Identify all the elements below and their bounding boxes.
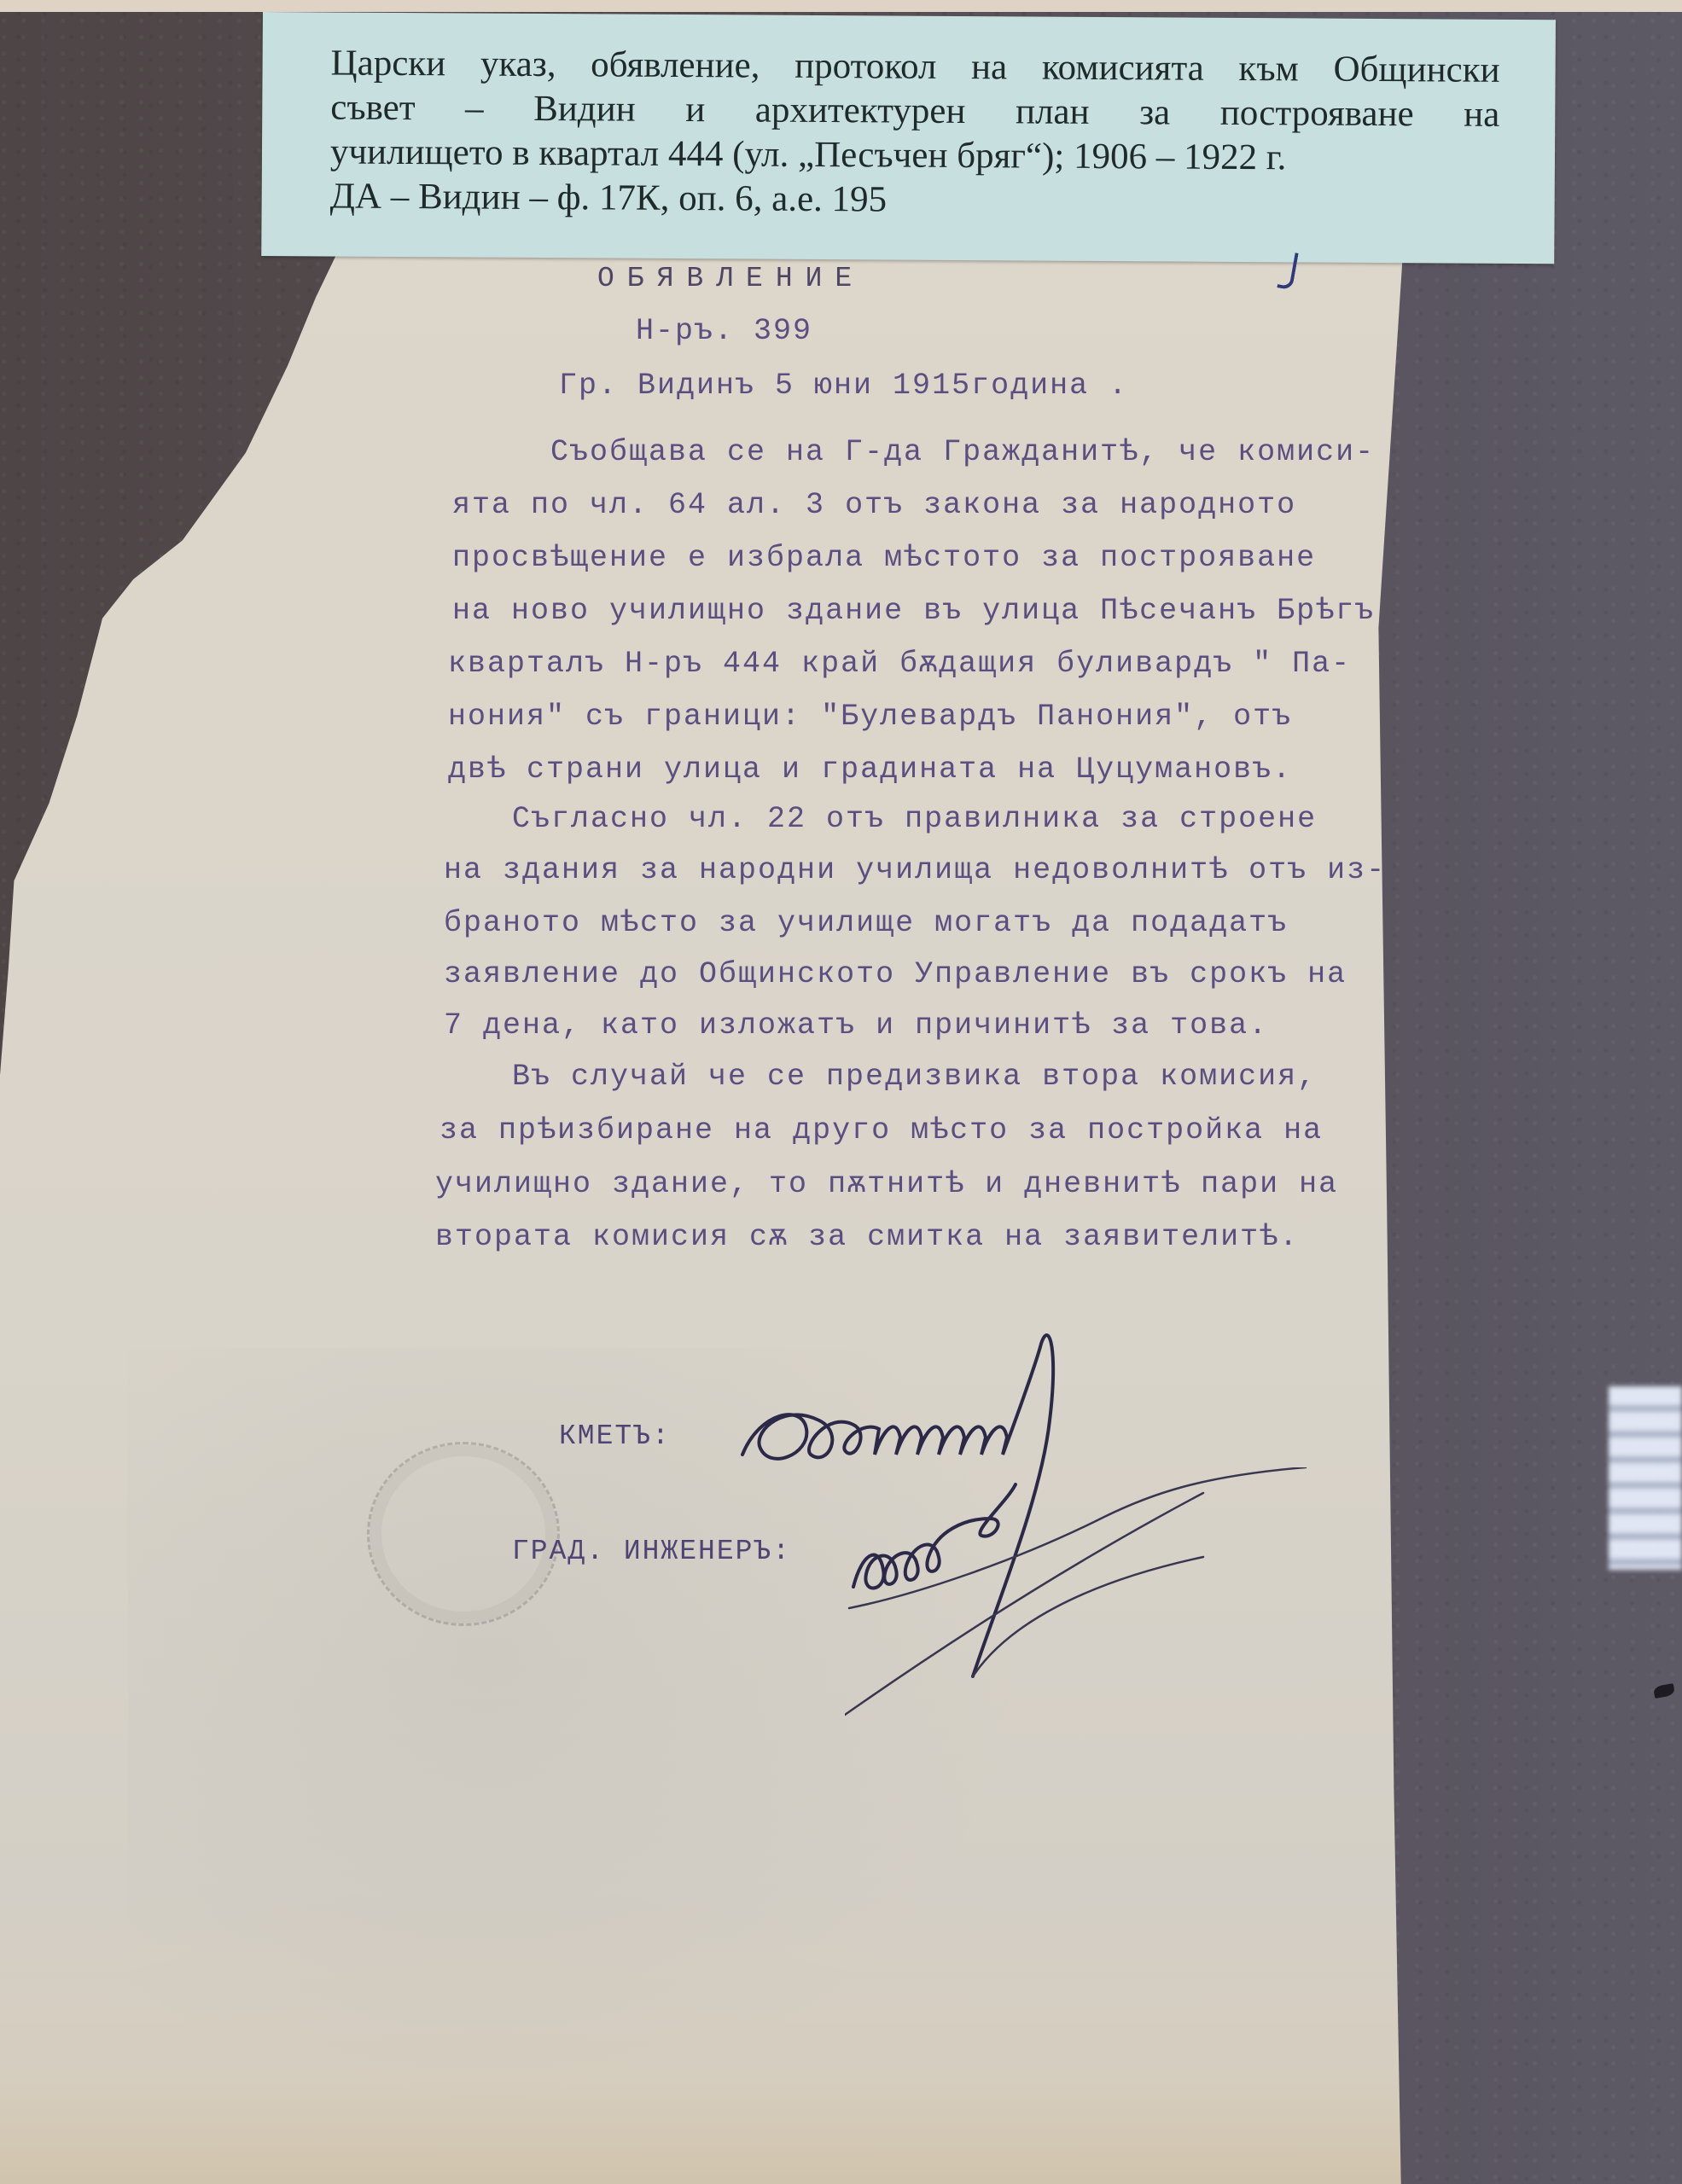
- exhibit-label-card: Царски указ, обявление, протокол на коми…: [261, 12, 1556, 264]
- body-line: на здания за народни училища недоволнитѣ…: [444, 853, 1386, 887]
- body-line: училищно здание, то пѫтнитѣ и дневнитѣ п…: [435, 1167, 1338, 1201]
- body-line: втората комисия сѫ за смитка на заявител…: [435, 1220, 1299, 1254]
- body-line: браното мѣсто за училище могатъ да подад…: [444, 906, 1288, 940]
- window-reflection-glare: [1609, 1386, 1682, 1570]
- paper-stain: [0, 2082, 1404, 2184]
- body-line: просвѣщение е избрала мѣстото за построя…: [452, 541, 1316, 575]
- document-heading: ОБЯВЛЕНИЕ: [597, 263, 864, 294]
- pin-icon: [1653, 1683, 1675, 1699]
- body-line: ята по чл. 64 ал. 3 отъ закона за народн…: [452, 488, 1296, 522]
- document-sheet: [0, 239, 1404, 2184]
- label-line: ДА – Видин – ф. 17К, оп. 6, а.е. 195: [330, 174, 1499, 225]
- body-line: заявление до Общинското Управление въ ср…: [444, 957, 1347, 991]
- body-line: на ново училищно здание въ улица Пѣсечан…: [452, 594, 1375, 628]
- body-line: кварталъ Н-ръ 444 край бѫдащия буливардъ…: [448, 647, 1351, 681]
- body-line: Съобщава се на Г-да Гражданитѣ, че комис…: [550, 435, 1375, 469]
- label-line: Царски указ, обявление, протокол на коми…: [330, 41, 1499, 92]
- body-line: Въ случай че се предизвика втора комисия…: [512, 1060, 1317, 1094]
- engineer-signature-icon: [845, 1467, 1323, 1723]
- faded-seal-stamp: [367, 1442, 560, 1626]
- label-line: съвет – Видин и архитектурен план за пос…: [330, 85, 1499, 136]
- body-line: двѣ страни улица и градината на Цуцумано…: [448, 752, 1292, 787]
- body-line: нония" съ граници: "Булевардъ Панония", …: [448, 700, 1292, 734]
- exhibit-label-text: Царски указ, обявление, протокол на коми…: [330, 41, 1500, 225]
- body-line: Съгласно чл. 22 отъ правилника за строен…: [512, 802, 1317, 836]
- document-date: Гр. Видинъ 5 юни 1915година .: [559, 369, 1128, 403]
- mayor-label: КМЕТЪ:: [559, 1420, 671, 1452]
- document-body: Съобщава се на Г-да Гражданитѣ, че комис…: [0, 0, 39, 580]
- top-paper-edge: [0, 0, 1682, 12]
- document-number: Н-ръ. 399: [636, 314, 812, 348]
- body-line: 7 дена, като изложатъ и причинитѣ за тов…: [444, 1008, 1268, 1043]
- body-line: за прѣизбиране на друго мѣсто за построй…: [439, 1113, 1323, 1147]
- label-line: училището в квартал 444 (ул. „Песъчен бр…: [330, 130, 1499, 181]
